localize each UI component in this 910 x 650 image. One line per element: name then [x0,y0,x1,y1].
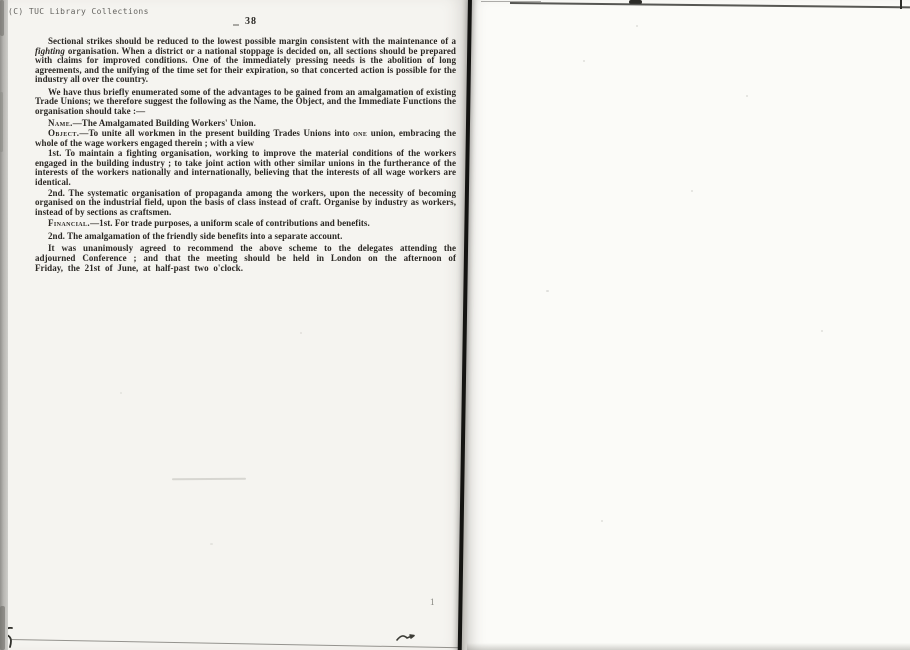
edge-mark [0,606,5,650]
paragraph: 2nd. The systematic organisation of prop… [35,189,456,218]
page-text: Sectional strikes should be reduced to t… [35,37,456,273]
scan-speck [546,290,549,292]
scan-speck [636,25,638,27]
text-segment: 1st. To maintain a fighting organisation… [35,148,456,187]
paragraph: Sectional strikes should be reduced to t… [35,37,456,85]
paragraph: It was unanimously agreed to recommend t… [35,243,456,273]
text-segment: Sectional strikes should be reduced to t… [48,36,456,46]
page-bottom-shade [467,643,910,650]
paragraph: We have thus briefly enumerated some of … [35,88,456,117]
edge-mark [0,92,3,152]
page-number-dash [233,24,239,26]
left-page: (C) TUC Library Collections 38 Sectional… [0,0,467,650]
text-segment: fighting [35,46,65,56]
scan-squiggle-mark [396,629,416,647]
scan-speck [746,95,748,97]
scan-speck [601,520,603,522]
scan-speck [691,190,693,192]
paragraph: Object.—To unite all workmen in the pres… [35,129,456,148]
scan-speck [583,60,585,62]
scan-tick-mark [900,0,902,9]
scan-speck [300,332,302,334]
paragraph: Financial.—1st. For trade purposes, a un… [35,219,456,229]
text-segment: —1st. For trade purposes, a uniform scal… [90,218,370,228]
text-segment: We have thus briefly enumerated some of … [35,87,456,116]
text-segment: Object. [48,128,79,138]
text-segment: Name. [48,118,73,128]
text-segment: —To unite all workmen in the present bui… [79,128,353,138]
edge-mark [0,0,4,36]
scan-speck [210,543,213,545]
scan-speck [821,330,823,332]
page-top-edge-line [510,2,910,8]
text-segment: 2nd. The amalgamation of the friendly si… [48,231,342,241]
text-segment: It was unanimously agreed to recommend t… [35,243,456,273]
scan-smudge [172,478,246,481]
page-number: 38 [245,16,257,28]
footer-numeral: 1 [430,597,435,608]
text-segment: Financial. [48,218,90,228]
watermark: (C) TUC Library Collections [8,7,149,17]
paragraph: Name.—The Amalgamated Building Workers' … [35,119,456,129]
text-segment: —The Amalgamated Building Workers' Union… [73,118,256,128]
scan-speck [120,392,122,394]
scanner-edge-strip [0,0,8,650]
paragraph: 2nd. The amalgamation of the friendly si… [35,232,456,242]
text-segment: organisation. When a district or a natio… [35,46,456,85]
right-page [467,0,910,650]
paragraph: 1st. To maintain a fighting organisation… [35,149,456,187]
page-bottom-edge-line [10,639,460,648]
text-segment: 2nd. The systematic organisation of prop… [35,188,456,217]
scanned-book-spread: (C) TUC Library Collections 38 Sectional… [0,0,910,650]
text-segment: one [353,128,367,138]
